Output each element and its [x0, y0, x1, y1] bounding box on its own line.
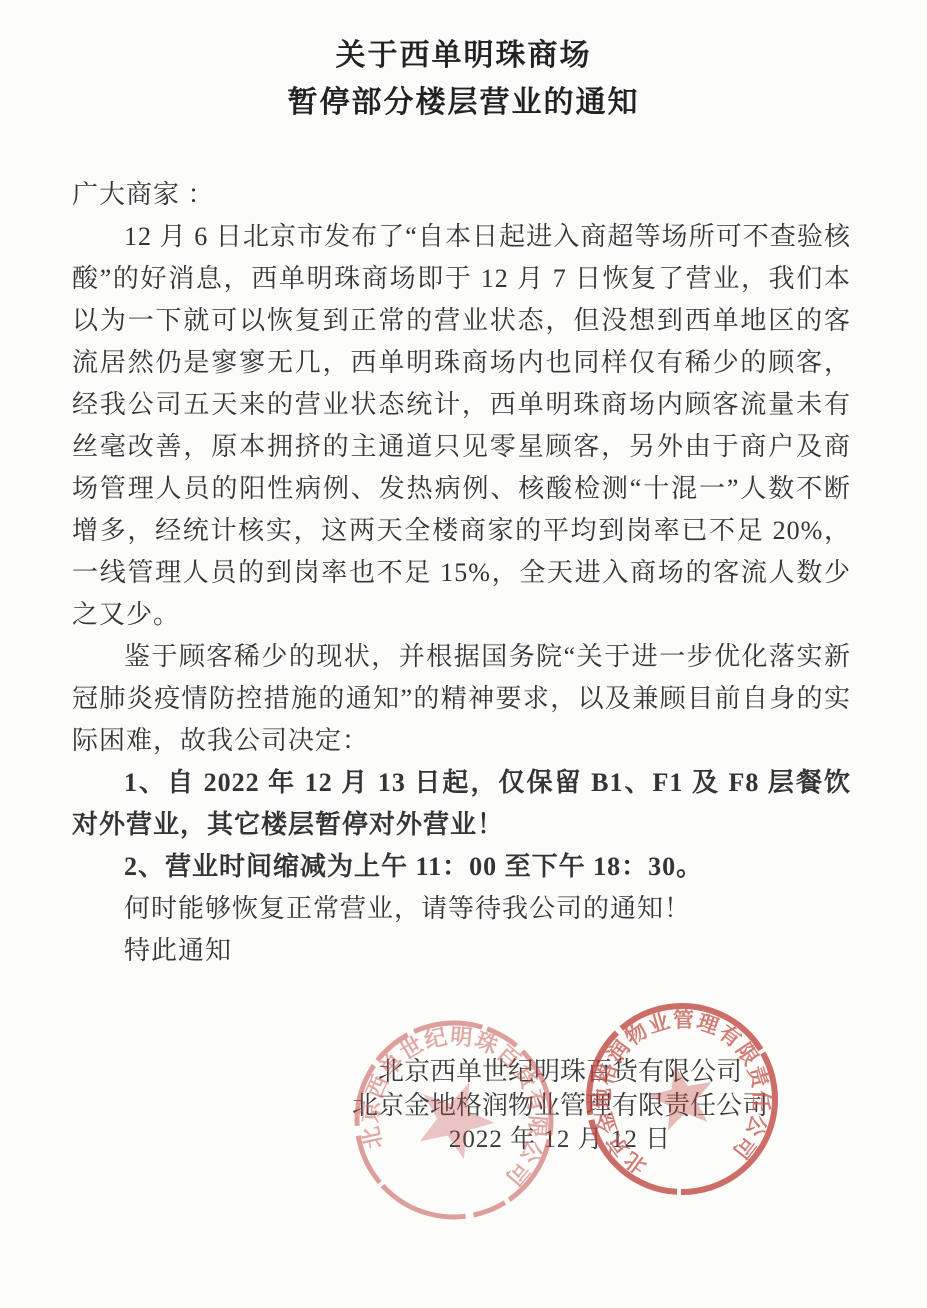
decision-item-1: 1、自 2022 年 12 月 13 日起，仅保留 B1、F1 及 F8 层餐饮… [72, 762, 851, 846]
document-body: 广大商家 ： 12 月 6 日北京市发布了“自本日起进入商超等场所可不查验核酸”… [72, 174, 851, 972]
title-line-1: 关于西单明珠商场 [0, 32, 927, 79]
notice-document-page: 关于西单明珠商场 暂停部分楼层营业的通知 广大商家 ： 12 月 6 日北京市发… [0, 0, 927, 1308]
salutation-line: 广大商家 ： [72, 174, 851, 216]
body-paragraph-2: 鉴于顾客稀少的现状，并根据国务院“关于进一步优化落实新冠肺炎疫情防控措施的通知”… [72, 636, 851, 762]
signature-company-2: 北京金地格润物业管理有限责任公司 [250, 1089, 870, 1123]
signature-block: 北京西单世纪明珠百货有限公司 北京金地格润物业管理有限责任公司 2022 年 1… [250, 1055, 870, 1157]
title-line-2: 暂停部分楼层营业的通知 [0, 79, 927, 126]
document-title: 关于西单明珠商场 暂停部分楼层营业的通知 [0, 32, 927, 126]
signature-date: 2022 年 12 月 12 日 [250, 1123, 870, 1157]
signature-company-1: 北京西单世纪明珠百货有限公司 [250, 1055, 870, 1089]
hereby-notice-line: 特此通知 [72, 930, 851, 972]
closing-line: 何时能够恢复正常营业，请等待我公司的通知！ [72, 888, 851, 930]
decision-item-2: 2、营业时间缩减为上午 11：00 至下午 18：30。 [72, 846, 851, 888]
body-paragraph-1: 12 月 6 日北京市发布了“自本日起进入商超等场所可不查验核酸”的好消息，西单… [72, 216, 851, 636]
